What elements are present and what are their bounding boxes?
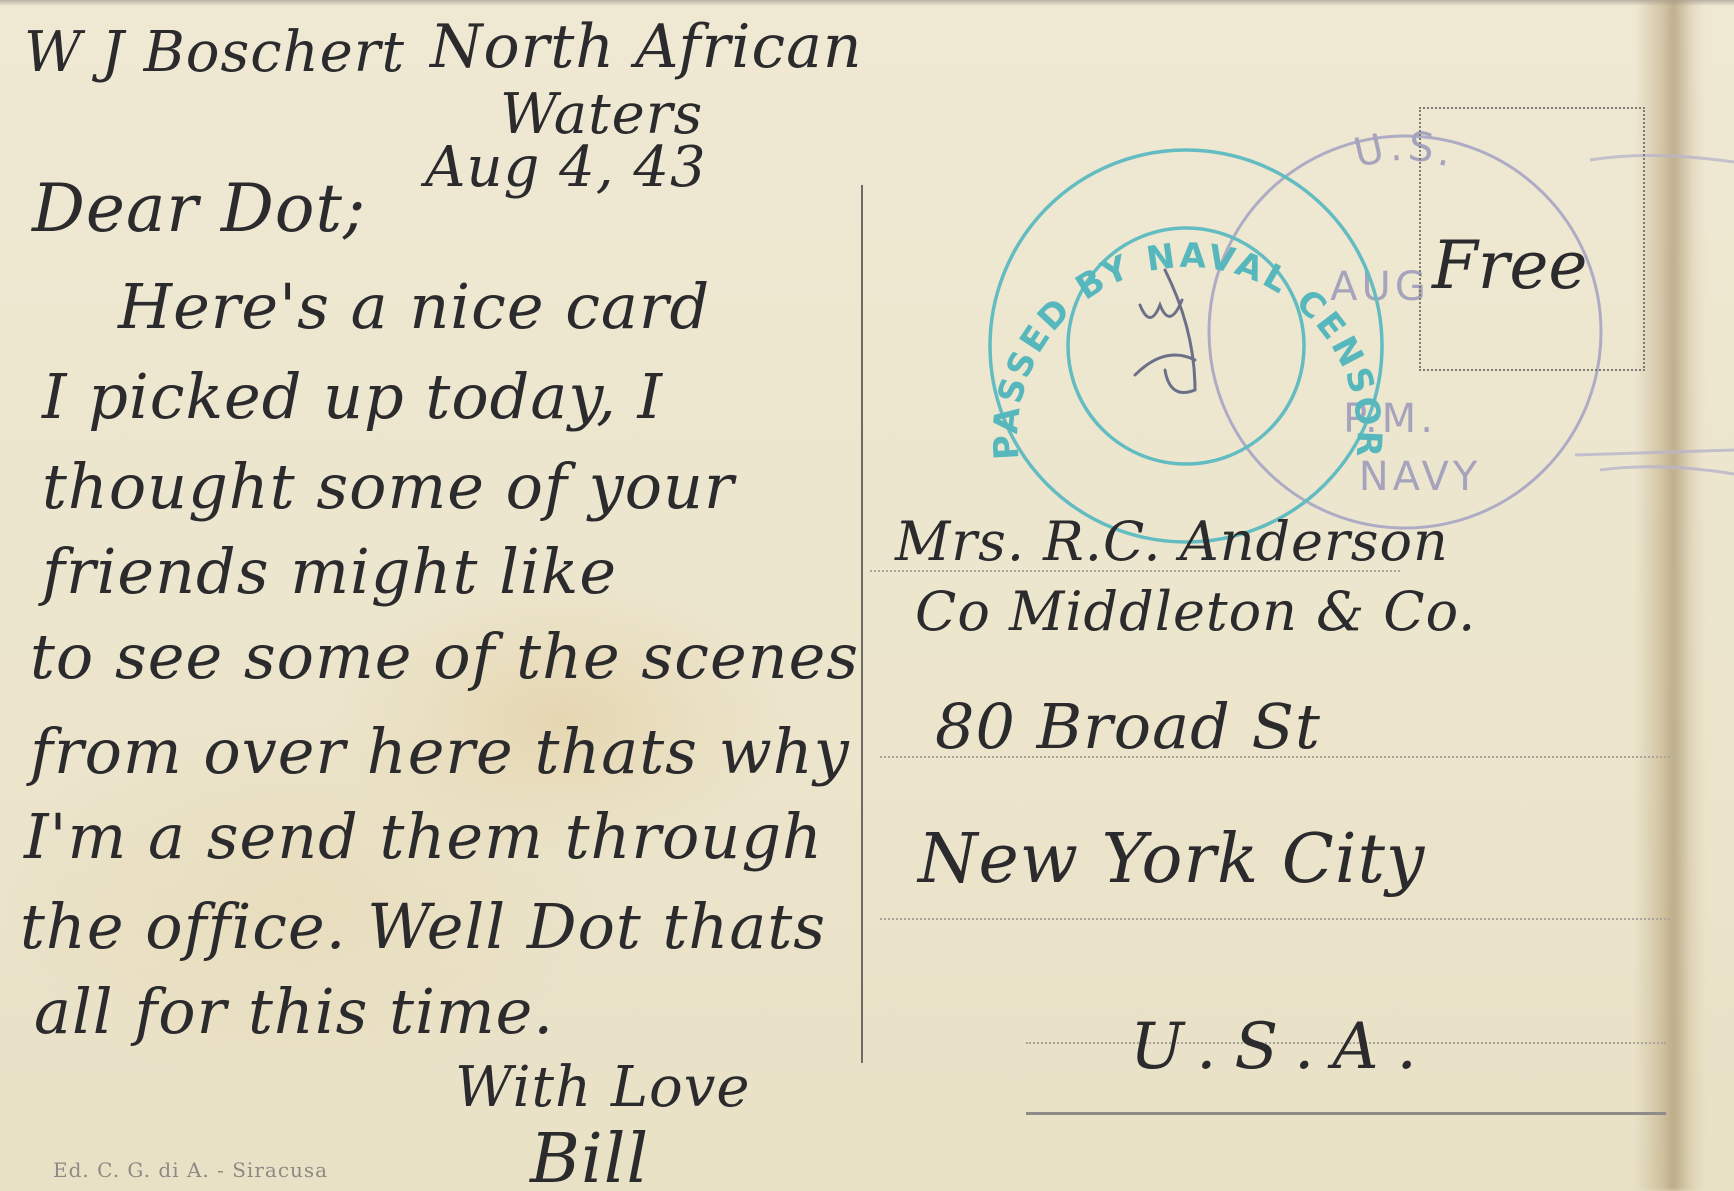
recipient-street: 80 Broad St [935, 690, 1321, 763]
message-line: friends might like [42, 535, 617, 608]
message-line: I picked up today, I [42, 360, 663, 433]
message-line: Here's a nice card [118, 270, 710, 343]
message-line: all for this time. [34, 975, 554, 1048]
message-line: to see some of the scenes [30, 620, 859, 693]
address-bottom-rule [1026, 1112, 1666, 1115]
closing: With Love [455, 1055, 751, 1120]
recipient-name: Mrs. R.C. Anderson [895, 510, 1449, 573]
signature: Bill [530, 1120, 649, 1191]
salutation: Dear Dot; [32, 170, 366, 247]
sender-name: W J Boschert [24, 20, 405, 85]
message-line: I'm a send them through [24, 800, 823, 873]
message-line: from over here thats why [30, 715, 850, 788]
letter-date: Aug 4, 43 [425, 135, 707, 200]
recipient-city: New York City [918, 820, 1425, 899]
recipient-care-of: Co Middleton & Co. [915, 580, 1476, 643]
censor-stamp-text: PASSED BY NAVAL CENSOR [986, 236, 1389, 461]
publisher-imprint: Ed. C. G. di A. - Siracusa [53, 1158, 328, 1182]
postmark-bottom: NAVY [1359, 454, 1482, 500]
message-line: the office. Well Dot thats [20, 890, 826, 963]
postcard-divider [861, 185, 863, 1063]
stamp-placement-box [1419, 107, 1645, 371]
postmark-month: AUG [1330, 264, 1430, 310]
location-line-1: North African [430, 12, 863, 82]
recipient-country: U.S.A. [1130, 1010, 1435, 1084]
censor-initials [1135, 270, 1195, 393]
postcard-back: U.S. AUG P.M. NAVY PASSED BY NAVAL CENSO… [0, 0, 1734, 1191]
censor-stamp: PASSED BY NAVAL CENSOR [986, 150, 1389, 542]
address-line-guide [880, 918, 1670, 920]
message-line: thought some of your [42, 450, 735, 523]
